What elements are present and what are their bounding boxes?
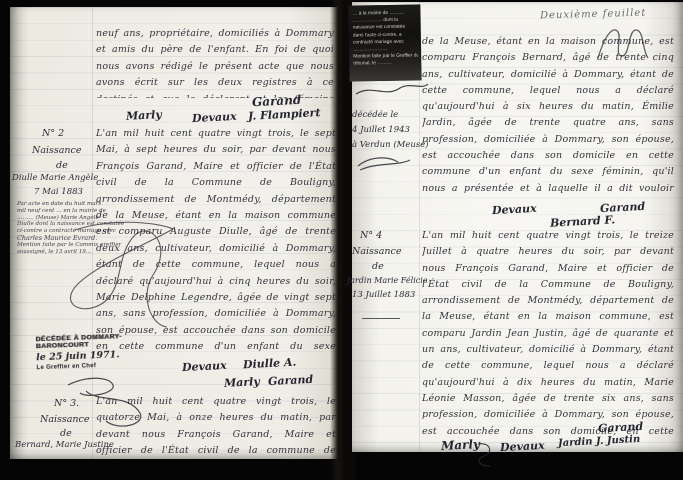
act2-signature: Garand [268, 373, 314, 388]
act4-label: Naissance [352, 246, 402, 257]
act2-body-text: L'an mil huit cent quatre vingt trois, l… [96, 126, 336, 356]
act3-label-de: de [60, 428, 72, 439]
act3-continuation-text: de la Meuse, étant en la maison commune,… [422, 34, 674, 197]
act3-number: N° 3. [54, 398, 79, 409]
death-note-paraph [354, 152, 414, 178]
label-signature-squiggle [352, 78, 432, 102]
act4-date: 13 Juillet 1883 [352, 290, 415, 300]
act2-label: Naissance [32, 145, 82, 156]
act2-signature: Devaux [182, 359, 227, 374]
act2-number: N° 2 [42, 128, 64, 139]
act2-label-de: de [56, 160, 68, 171]
act2-child-name: Diulle Marie Angèle [12, 173, 98, 183]
act4-signature: Devaux [500, 439, 545, 454]
act3-label: Naissance [40, 414, 90, 425]
act4-line-end-signature: Garand [598, 420, 644, 435]
act2-signature: Diulle A. [243, 356, 297, 372]
act3-signature: Garand [600, 200, 646, 215]
scanned-register-spread: neuf ans, propriétaire, domiciliés à Dom… [0, 0, 683, 480]
act3-signature: Devaux [492, 202, 537, 217]
act4-signature-paraph [470, 440, 500, 470]
act2-date: 7 Mai 1883 [34, 187, 83, 197]
margin-separator [362, 318, 400, 319]
act4-body-text: L'an mil huit cent quatre vingt trois, l… [422, 228, 674, 440]
witness-signature: Marly [126, 108, 162, 123]
act4-child-name: Jardin Marie Félicie [347, 276, 428, 285]
label-line: tribunal, le ……… [353, 60, 418, 68]
act2-signature: Marly [224, 375, 260, 390]
marriage-mention-label: … à la mairie de ……… ……………… dont la nais… [348, 4, 421, 81]
act4-number: N° 4 [360, 230, 382, 241]
act3-body-text: L'an mil huit cent quatre vingt trois, l… [96, 394, 336, 456]
act4-label-de: de [372, 261, 384, 272]
witness-signature: Devaux [192, 110, 237, 125]
act1-closing-text: neuf ans, propriétaire, domiciliés à Dom… [96, 26, 334, 98]
